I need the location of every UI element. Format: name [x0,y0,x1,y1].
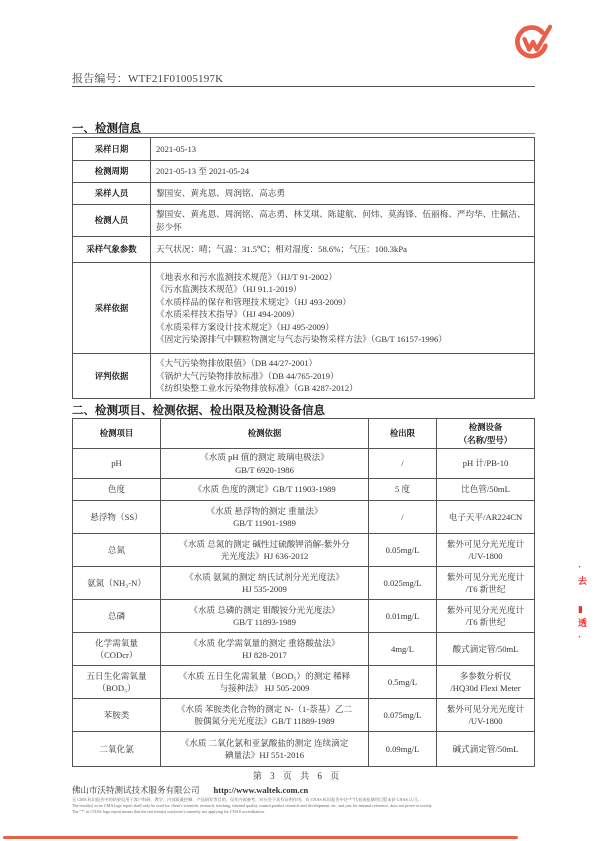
detection-info-table: 采样日期2021-05-13检测周期2021-05-13 至 2021-05-2… [72,137,535,399]
device-cell-line: 比色管/50mL [442,483,529,496]
device-cell-line: 紫外可见分光光度计 [442,538,529,551]
info-label: 检测周期 [73,161,151,183]
limit-cell: 0.01mg/L [369,600,437,633]
info-row: 检测人员黎国安、黄兆恩、周润铭、高志勇、林艾琪、陈建航、何炜、莫海锋、伍丽梅、严… [73,205,535,237]
item-cell-line: 色度 [78,483,155,496]
limit-cell: 0.05mg/L [369,534,437,567]
item-cell: 二氧化氯 [73,732,161,767]
basis-cell-line: 碘量法》HJ 551-2016 [166,749,363,762]
basis-cell-line: GB/T 11901-1989 [166,517,363,530]
item-cell: 五日生化需氧量（BOD₅） [73,666,161,699]
item-cell-line: 二氧化氯 [78,743,155,756]
info-value-line: 《地表水和污水监测技术规范》（HJ/T 91-2002） [156,271,529,284]
basis-cell: 《水质 化学需氧量的测定 重铬酸盐法》HJ 828-2017 [161,633,369,666]
basis-cell-line: 《水质 氨氮的测定 纳氏试剂分光光度法》 [166,571,363,584]
item-cell-line: （CODcr） [78,649,155,662]
header-basis: 检测依据 [161,419,369,449]
item-cell-line: 苯胺类 [78,709,155,722]
device-cell-line: /UV-1800 [442,715,529,728]
item-cell-line: 总磷 [78,610,155,623]
item-cell: 悬浮物（SS） [73,501,161,534]
section1-divider [72,133,535,134]
header-limit: 检出限 [369,419,437,449]
info-label: 采样气象参数 [73,237,151,263]
header-device-line2: （名称/型号） [442,434,529,447]
item-cell-line: 氨氮（NH₃-N） [78,577,155,590]
table-row: 二氧化氯《水质 二氧化氯和亚氯酸盐的测定 连续滴定碘量法》HJ 551-2016… [73,732,535,767]
header-device: 检测设备（名称/型号） [437,419,535,449]
device-cell-line: 碱式滴定管/50mL [442,743,529,756]
limit-cell: / [369,449,437,479]
device-cell-line: /UV-1800 [442,550,529,563]
limit-cell: 0.09mg/L [369,732,437,767]
info-row: 采样气象参数天气状况：晴；气温：31.5℃；相对湿度：58.6%；气压：100.… [73,237,535,263]
item-cell-line: 悬浮物（SS） [78,511,155,524]
table-row: 氨氮（NH₃-N）《水质 氨氮的测定 纳氏试剂分光光度法》HJ 535-2009… [73,567,535,600]
device-cell: 电子天平/AR224CN [437,501,535,534]
basis-cell-line: 《水质 五日生化需氧量（BOD₅）的测定 稀释 [166,670,363,683]
limit-cell: 0.5mg/L [369,666,437,699]
device-cell: 紫外可见分光光度计/T6 新世纪 [437,600,535,633]
device-cell-line: 紫外可见分光光度计 [442,703,529,716]
device-cell-line: /T6 新世纪 [442,583,529,596]
basis-cell: 《水质 色度的测定》GB/T 11903-1989 [161,479,369,501]
item-cell: 总氮 [73,534,161,567]
basis-cell: 《水质 五日生化需氧量（BOD₅）的测定 稀释与接种法》 HJ 505-2009 [161,666,369,699]
info-label: 检测人员 [73,205,151,237]
table-header-row: 检测项目 检测依据 检出限 检测设备（名称/型号） [73,419,535,449]
item-cell-line: 总氮 [78,544,155,557]
fine-print-en-2: The "*" in CNAS logo report means that t… [72,809,265,814]
info-value: 天气状况：晴；气温：31.5℃；相对湿度：58.6%；气压：100.3kPa [151,237,535,263]
item-cell: 色度 [73,479,161,501]
device-cell: 紫外可见分光光度计/UV-1800 [437,534,535,567]
info-value-line: 《锅炉大气污染物排放标准》（DB 44/765-2019） [156,370,529,383]
info-value-line: 《纺织染整工业水污染物排放标准》（GB 4287-2012） [156,382,529,395]
item-cell-line: 五日生化需氧量 [78,670,155,683]
waltek-logo-icon [514,22,552,62]
company-line: 佛山市沃特测试技术服务有限公司http://www.waltek.com.cn [72,784,308,796]
basis-cell-line: 《水质 悬浮物的测定 重量法》 [166,505,363,518]
page-number: 第 3 页 共 6 页 [0,769,595,782]
device-cell: 比色管/50mL [437,479,535,501]
info-row: 采样日期2021-05-13 [73,138,535,161]
info-label: 评判依据 [73,354,151,399]
info-value-line: 《固定污染源排气中颗粒物测定与气态污染物采样方法》（GB/T 16157-199… [156,333,529,346]
limit-cell: 0.025mg/L [369,567,437,600]
seal-stamp-edge: ·去▮透· [578,560,590,644]
basis-cell-line: 光光度法》HJ 636-2012 [166,550,363,563]
info-value-line: 《水质采样方案设计技术规定》（HJ 495-2009） [156,321,529,334]
device-cell: 紫外可见分光光度计/T6 新世纪 [437,567,535,600]
item-cell: pH [73,449,161,479]
basis-cell: 《水质 总氮的测定 碱性过硫酸钾消解-紫外分光光度法》HJ 636-2012 [161,534,369,567]
header-device-line1: 检测设备 [442,421,529,434]
basis-cell-line: 《水质 pH 值的测定 玻璃电极法》 [166,451,363,464]
limit-cell: 4mg/L [369,633,437,666]
info-value-line: 2021-05-13 [156,143,529,156]
info-row: 采样依据《地表水和污水监测技术规范》（HJ/T 91-2002）《污水监测技术规… [73,263,535,354]
device-cell-line: /HQ30d Flexi Meter [442,682,529,695]
device-cell-line: 电子天平/AR224CN [442,511,529,524]
basis-cell: 《水质 总磷的测定 钼酸铵分光光度法》GB/T 11893-1989 [161,600,369,633]
item-cell-line: （BOD₅） [78,682,155,695]
info-row: 采样人员黎国安、黄兆恩、周润铭、高志勇 [73,183,535,205]
footer-accent-bar [3,836,518,839]
basis-cell: 《水质 苯胺类化合物的测定 N-（1-萘基）乙二胺偶氮分光光度法》GB/T 11… [161,699,369,732]
basis-cell: 《水质 悬浮物的测定 重量法》GB/T 11901-1989 [161,501,369,534]
table-row: 五日生化需氧量（BOD₅）《水质 五日生化需氧量（BOD₅）的测定 稀释与接种法… [73,666,535,699]
item-cell: 苯胺类 [73,699,161,732]
report-number-label: 报告编号： [72,73,128,85]
basis-cell: 《水质 pH 值的测定 玻璃电极法》GB/T 6920-1986 [161,449,369,479]
device-cell: 多参数分析仪/HQ30d Flexi Meter [437,666,535,699]
fine-print-en-1: The result(s) in no CMA logo report shal… [72,803,433,808]
info-value: 《地表水和污水监测技术规范》（HJ/T 91-2002）《污水监测技术规范》（H… [151,263,535,354]
header-divider [72,86,535,87]
basis-cell-line: 《水质 苯胺类化合物的测定 N-（1-萘基）乙二 [166,703,363,716]
limit-cell: 5 度 [369,479,437,501]
info-label: 采样日期 [73,138,151,161]
info-label: 采样人员 [73,183,151,205]
table-row: 悬浮物（SS）《水质 悬浮物的测定 重量法》GB/T 11901-1989/电子… [73,501,535,534]
limit-cell: 0.075mg/L [369,699,437,732]
device-cell: 紫外可见分光光度计/UV-1800 [437,699,535,732]
table-row: 苯胺类《水质 苯胺类化合物的测定 N-（1-萘基）乙二胺偶氮分光光度法》GB/T… [73,699,535,732]
basis-cell-line: 《水质 二氧化氯和亚氯酸盐的测定 连续滴定 [166,737,363,750]
device-cell-line: 酸式滴定管/50mL [442,643,529,656]
basis-cell-line: HJ 828-2017 [166,649,363,662]
info-row: 评判依据《大气污染物排放限值》（DB 44/27-2001）《锅炉大气污染物排放… [73,354,535,399]
table-row: 总磷《水质 总磷的测定 钼酸铵分光光度法》GB/T 11893-19890.01… [73,600,535,633]
item-cell: 氨氮（NH₃-N） [73,567,161,600]
item-cell-line: pH [78,457,155,470]
info-value-line: 《水质样品的保存和管理技术规定》（HJ 493-2009） [156,296,529,309]
table-row: 色度《水质 色度的测定》GB/T 11903-19895 度比色管/50mL [73,479,535,501]
item-cell: 化学需氧量（CODcr） [73,633,161,666]
info-value: 黎国安、黄兆恩、周润铭、高志勇、林艾琪、陈建航、何炜、莫海锋、伍丽梅、严均华、庄… [151,205,535,237]
info-value-line: 《大气污染物排放限值》（DB 44/27-2001） [156,357,529,370]
basis-cell-line: 胺偶氮分光光度法》GB/T 11889-1989 [166,715,363,728]
basis-cell-line: HJ 535-2009 [166,583,363,596]
device-cell: pH 计/PB-10 [437,449,535,479]
info-label: 采样依据 [73,263,151,354]
device-cell-line: pH 计/PB-10 [442,457,529,470]
device-cell-line: 多参数分析仪 [442,670,529,683]
device-cell-line: /T6 新世纪 [442,616,529,629]
item-cell: 总磷 [73,600,161,633]
basis-cell: 《水质 二氧化氯和亚氯酸盐的测定 连续滴定碘量法》HJ 551-2016 [161,732,369,767]
basis-cell-line: 《水质 色度的测定》GB/T 11903-1989 [166,483,363,496]
info-value-line: 《污水监测技术规范》（HJ 91.1-2019） [156,283,529,296]
info-value-line: 黎国安、黄兆恩、周润铭、高志勇 [156,187,529,200]
detection-items-table: 检测项目 检测依据 检出限 检测设备（名称/型号） pH《水质 pH 值的测定 … [72,418,535,767]
table-row: 化学需氧量（CODcr）《水质 化学需氧量的测定 重铬酸盐法》HJ 828-20… [73,633,535,666]
company-url[interactable]: http://www.waltek.com.cn [214,785,309,795]
header-item: 检测项目 [73,419,161,449]
device-cell: 碱式滴定管/50mL [437,732,535,767]
info-row: 检测周期2021-05-13 至 2021-05-24 [73,161,535,183]
info-value-line: 2021-05-13 至 2021-05-24 [156,165,529,178]
table-row: 总氮《水质 总氮的测定 碱性过硫酸钾消解-紫外分光光度法》HJ 636-2012… [73,534,535,567]
basis-cell-line: 《水质 总磷的测定 钼酸铵分光光度法》 [166,604,363,617]
device-cell-line: 紫外可见分光光度计 [442,604,529,617]
report-number: 报告编号：WTF21F01005197K [72,70,223,86]
info-value: 2021-05-13 至 2021-05-24 [151,161,535,183]
basis-cell-line: GB/T 11893-1989 [166,616,363,629]
device-cell: 酸式滴定管/50mL [437,633,535,666]
info-value-line: 黎国安、黄兆恩、周润铭、高志勇、林艾琪、陈建航、何炜、莫海锋、伍丽梅、严均华、庄… [156,208,529,233]
info-value-line: 天气状况：晴；气温：31.5℃；相对湿度：58.6%；气压：100.3kPa [156,243,529,256]
info-value-line: 《水质采样技术指导》（HJ 494-2009） [156,308,529,321]
basis-cell-line: GB/T 6920-1986 [166,464,363,477]
report-number-value: WTF21F01005197K [128,73,223,85]
info-value: 2021-05-13 [151,138,535,161]
section2-title: 二、检测项目、检测依据、检出限及检测设备信息 [72,402,325,418]
company-name: 佛山市沃特测试技术服务有限公司 [72,785,200,795]
info-value: 黎国安、黄兆恩、周润铭、高志勇 [151,183,535,205]
limit-cell: / [369,501,437,534]
table-row: pH《水质 pH 值的测定 玻璃电极法》GB/T 6920-1986/pH 计/… [73,449,535,479]
basis-cell-line: 《水质 总氮的测定 碱性过硫酸钾消解-紫外分 [166,538,363,551]
basis-cell-line: 与接种法》 HJ 505-2009 [166,682,363,695]
info-value: 《大气污染物排放限值》（DB 44/27-2001）《锅炉大气污染物排放标准》（… [151,354,535,399]
basis-cell: 《水质 氨氮的测定 纳氏试剂分光光度法》HJ 535-2009 [161,567,369,600]
device-cell-line: 紫外可见分光光度计 [442,571,529,584]
basis-cell-line: 《水质 化学需氧量的测定 重铬酸盐法》 [166,637,363,650]
item-cell-line: 化学需氧量 [78,637,155,650]
